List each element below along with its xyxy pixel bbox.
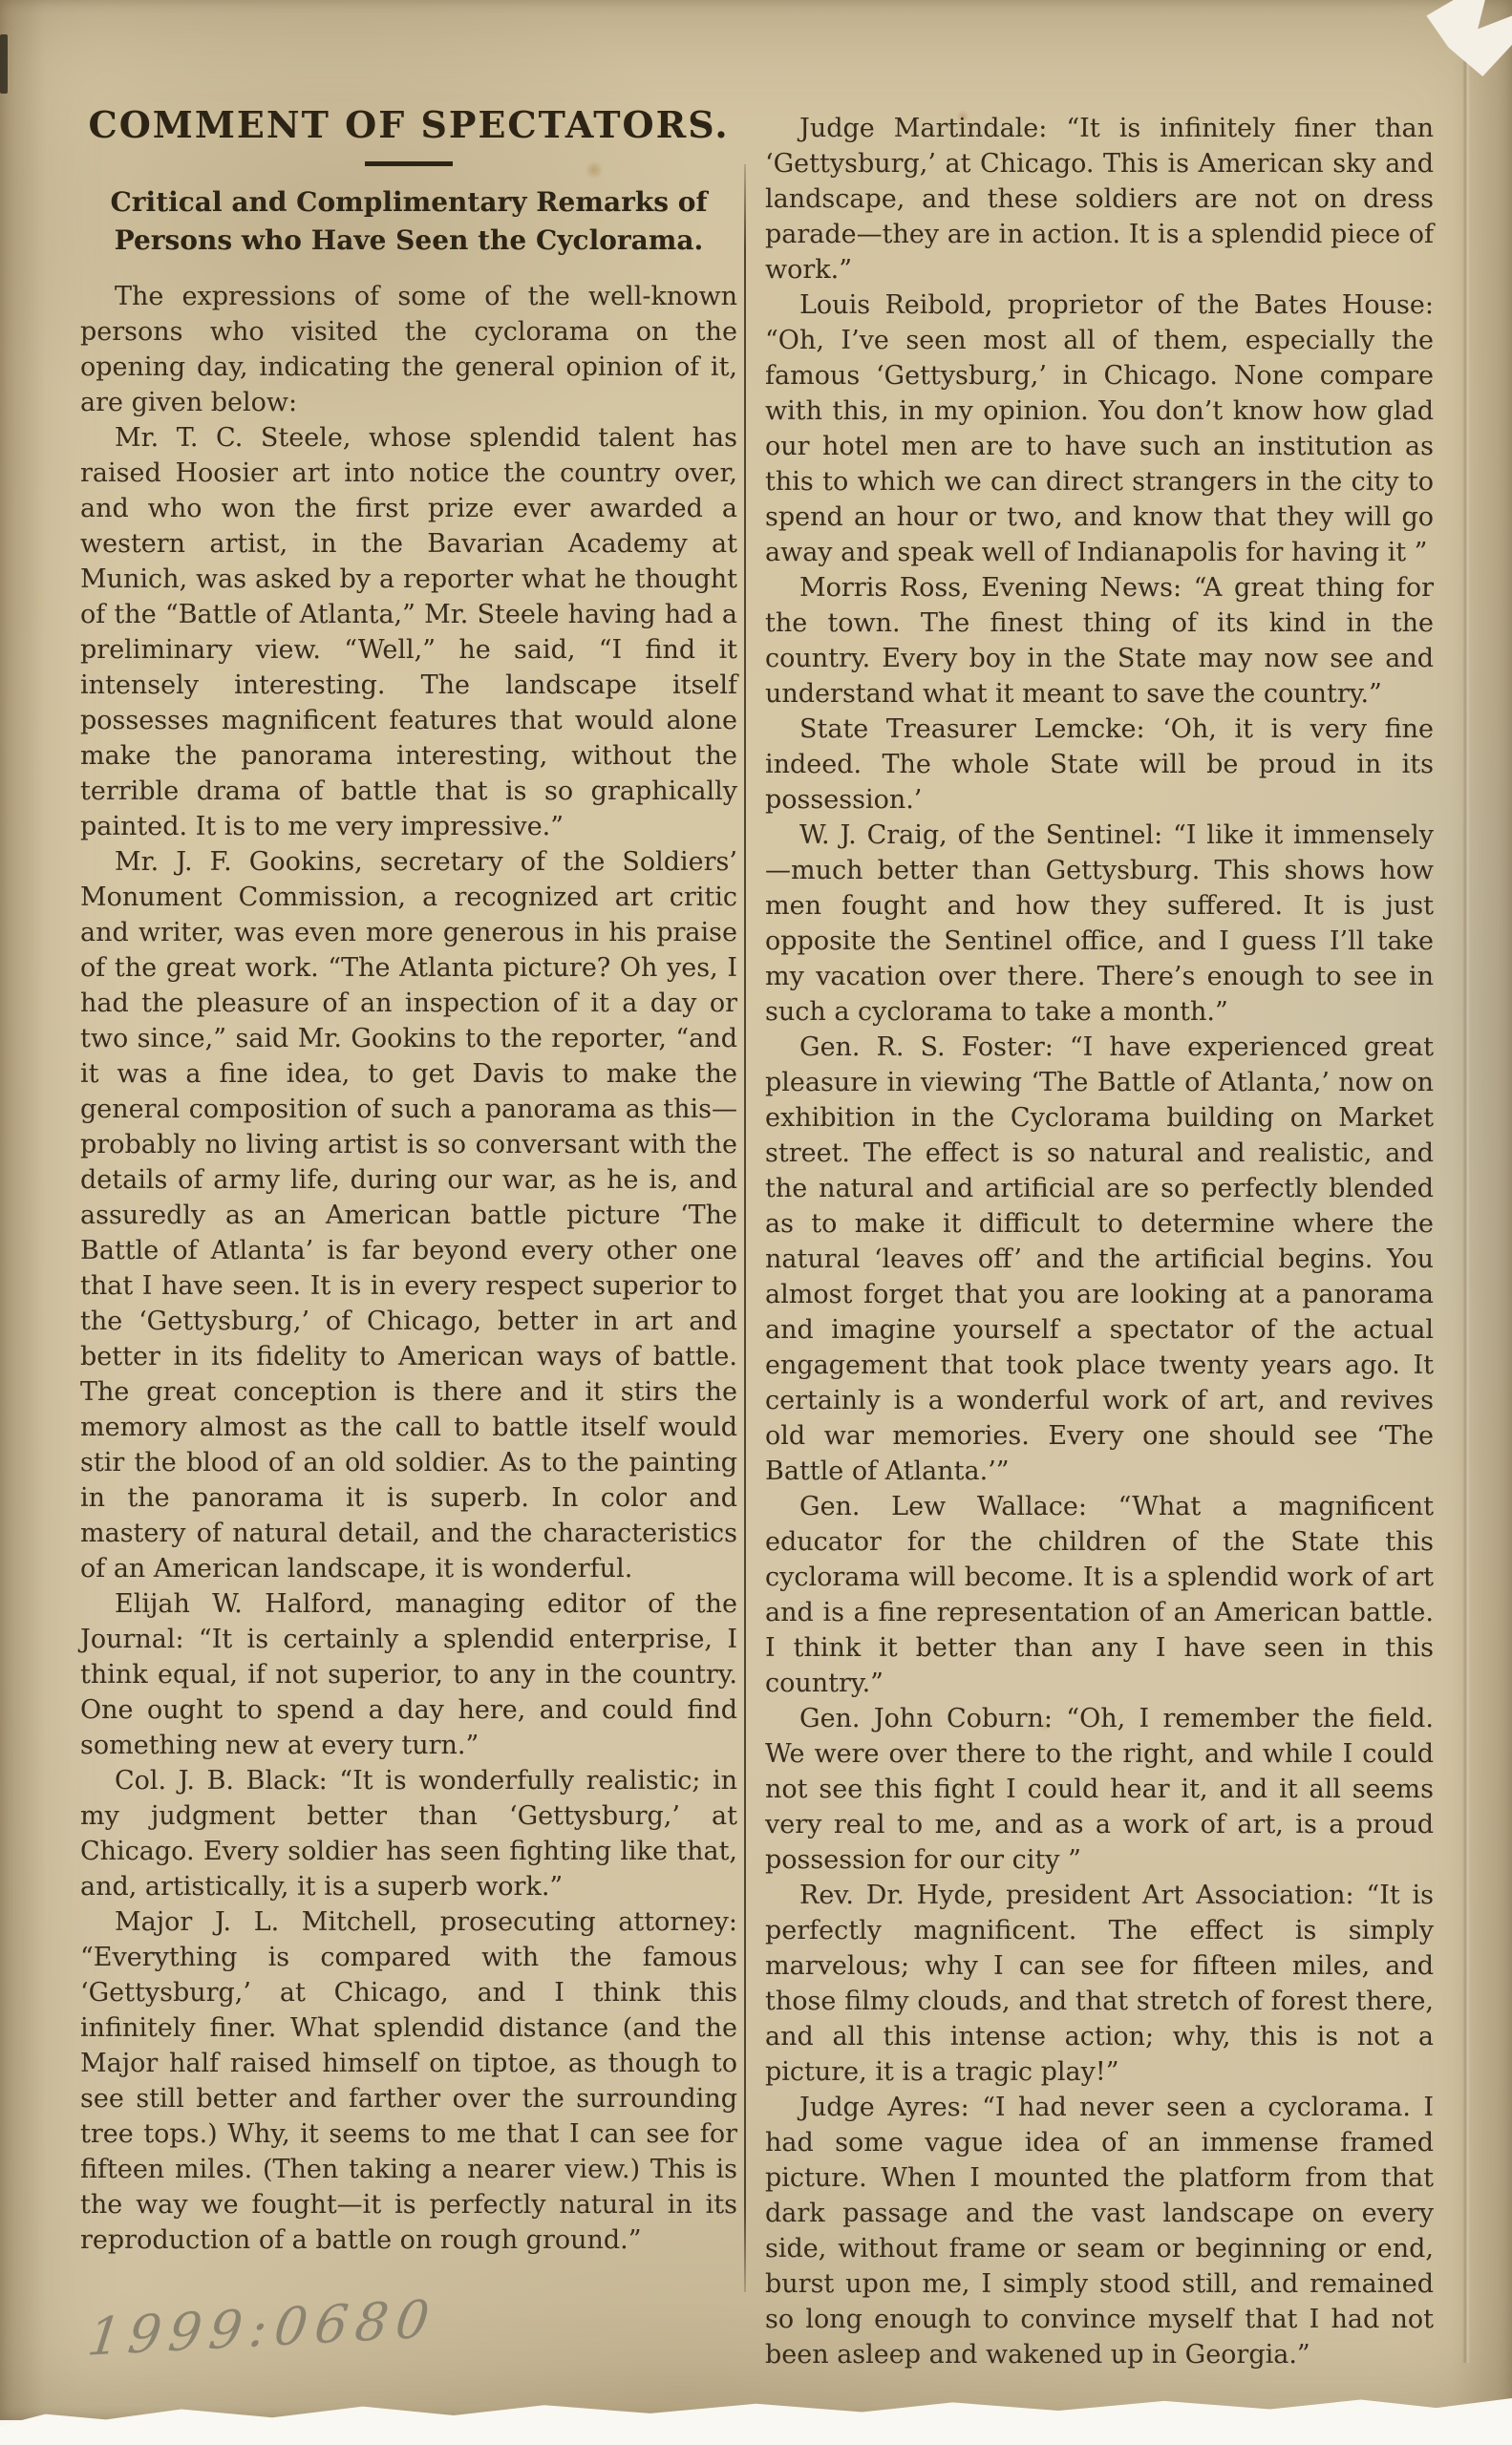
paragraph: Judge Ayres: “I had never seen a cyclora… bbox=[765, 2090, 1434, 2372]
paragraph: W. J. Craig, of the Sentinel: “I like it… bbox=[765, 818, 1434, 1030]
paragraph: Gen. Lew Wallace: “What a magnificent ed… bbox=[765, 1489, 1434, 1701]
accession-number: 1999:0680 bbox=[84, 2288, 439, 2368]
paragraph: Mr. T. C. Steele, whose splendid talent … bbox=[80, 420, 737, 844]
paragraph: Mr. J. F. Gookins, secretary of the Sold… bbox=[80, 844, 737, 1586]
title-divider bbox=[365, 161, 453, 166]
left-column: COMMENT OF SPECTATORS. Critical and Comp… bbox=[80, 103, 737, 2258]
column-divider-rule bbox=[744, 164, 746, 2292]
paragraph: Gen. John Coburn: “Oh, I remember the fi… bbox=[765, 1701, 1434, 1878]
paragraph: State Treasurer Lemcke: ‘Oh, it is very … bbox=[765, 712, 1434, 818]
edge-ink-mark bbox=[0, 34, 8, 94]
right-column: Judge Martindale: “It is infinitely fine… bbox=[765, 111, 1434, 2372]
paragraph: Col. J. B. Black: “It is wonderfully rea… bbox=[80, 1763, 737, 1904]
article-title: COMMENT OF SPECTATORS. bbox=[80, 103, 737, 146]
newspaper-clipping: COMMENT OF SPECTATORS. Critical and Comp… bbox=[0, 0, 1512, 2420]
scanned-page: COMMENT OF SPECTATORS. Critical and Comp… bbox=[0, 0, 1512, 2445]
paragraph: Gen. R. S. Foster: “I have experienced g… bbox=[765, 1030, 1434, 1489]
paragraph: The expressions of some of the well-know… bbox=[80, 279, 737, 420]
paragraph: Elijah W. Halford, managing editor of th… bbox=[80, 1586, 737, 1763]
paragraph: Morris Ross, Evening News: “A great thin… bbox=[765, 570, 1434, 712]
paper-crease bbox=[1462, 0, 1470, 2363]
paragraph: Major J. L. Mitchell, prosecuting attorn… bbox=[80, 1904, 737, 2258]
article-subtitle: Critical and Complimentary Remarks of Pe… bbox=[103, 183, 714, 260]
paragraph: Judge Martindale: “It is infinitely fine… bbox=[765, 111, 1434, 287]
paragraph: Louis Reibold, proprietor of the Bates H… bbox=[765, 287, 1434, 570]
paragraph: Rev. Dr. Hyde, president Art Association… bbox=[765, 1878, 1434, 2090]
